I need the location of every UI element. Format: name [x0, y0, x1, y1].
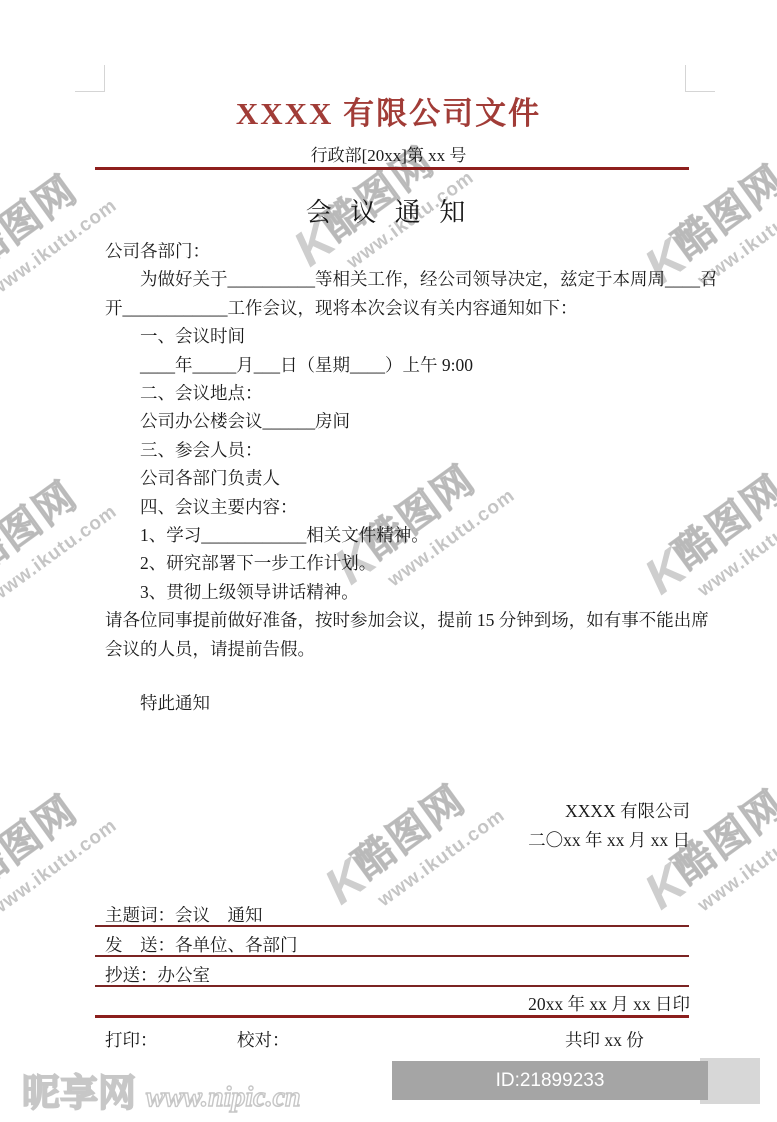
- site-footer: 昵享网www.nipic.cn ID:21899233 NO:202410061…: [0, 1056, 777, 1122]
- body-line: 公司办公楼会议______房间: [105, 407, 677, 435]
- send-value: 各单位、各部门: [175, 935, 298, 955]
- cc-value: 办公室: [158, 965, 211, 985]
- cc-row: 抄送：办公室: [95, 957, 689, 987]
- send-to-row: 发 送：各单位、各部门: [95, 927, 689, 957]
- copies-count: 共印 xx 份: [565, 1027, 644, 1052]
- routing-fields: 主题词：会议 通知 发 送：各单位、各部门 抄送：办公室: [95, 897, 689, 987]
- cc-label: 抄送：: [105, 965, 158, 985]
- watermark-logo-text: 酷图网: [0, 787, 86, 897]
- company-document-title: XXXX 有限公司文件: [0, 88, 777, 133]
- signature-date: 二〇xx 年 xx 月 xx 日: [528, 826, 690, 855]
- body-line: 3、贯彻上级领导讲话精神。: [105, 578, 677, 606]
- nipic-logo: 昵享网www.nipic.cn: [22, 1062, 301, 1117]
- signature-company: XXXX 有限公司: [528, 797, 690, 826]
- watermark-logo-text: 酷图网: [665, 467, 777, 577]
- body-line: 公司各部门负责人: [105, 464, 677, 492]
- header-red-rule: [95, 167, 689, 170]
- notice-heading: 会 议 通 知: [0, 192, 777, 229]
- body-line: 公司各部门：: [105, 237, 677, 265]
- body-line: 开____________工作会议，现将本次会议有关内容通知如下：: [105, 294, 677, 322]
- watermark-url-text: www.ikutu.com: [694, 801, 777, 916]
- body-line: ____年_____月___日（星期____）上午 9:00: [105, 351, 677, 379]
- body-line: 二、会议地点：: [105, 379, 677, 407]
- nipic-logo-text: 昵享网: [22, 1073, 136, 1115]
- print-label: 打印：: [105, 1027, 158, 1052]
- notice-body: 公司各部门： 为做好关于__________等相关工作，经公司领导决定，兹定于本…: [105, 237, 677, 663]
- print-date: 20xx 年 xx 月 xx 日印: [528, 991, 690, 1016]
- watermark-url-text: www.ikutu.com: [374, 796, 521, 911]
- proofread-label: 校对：: [237, 1027, 290, 1052]
- body-line: 三、参会人员：: [105, 436, 677, 464]
- badge-patch: [700, 1058, 760, 1104]
- document-number: 行政部[20xx]第 xx 号: [0, 141, 777, 166]
- image-id-badge: ID:21899233 NO:20241006124517486: [392, 1061, 708, 1100]
- signature-block: XXXX 有限公司 二〇xx 年 xx 月 xx 日: [528, 797, 690, 854]
- subject-label: 主题词：: [105, 905, 175, 925]
- watermark-url-text: www.ikutu.com: [694, 486, 777, 601]
- subject-row: 主题词：会议 通知: [95, 897, 689, 927]
- watermark-logo-text: 酷图网: [345, 777, 473, 887]
- footer-red-rule: [95, 1015, 689, 1018]
- document-page: K酷图网 www.ikutu.com K酷图网 www.ikutu.com K酷…: [0, 0, 777, 1122]
- body-line: 四、会议主要内容：: [105, 493, 677, 521]
- watermark-logo-text: 酷图网: [0, 473, 86, 583]
- body-line: 请各位同事提前做好准备，按时参加会议，提前 15 分钟到场，如有事不能出席: [105, 606, 677, 634]
- subject-value: 会议 通知: [175, 905, 263, 925]
- body-line: 1、学习____________相关文件精神。: [105, 521, 677, 549]
- body-line: 为做好关于__________等相关工作，经公司领导决定，兹定于本周周____召: [105, 265, 677, 293]
- body-line: 2、研究部署下一步工作计划。: [105, 549, 677, 577]
- body-line: 一、会议时间: [105, 322, 677, 350]
- body-line: 会议的人员，请提前告假。: [105, 635, 677, 663]
- send-label: 发 送：: [105, 935, 175, 955]
- nipic-url-text: www.nipic.cn: [146, 1082, 301, 1113]
- closing-phrase: 特此通知: [140, 690, 210, 715]
